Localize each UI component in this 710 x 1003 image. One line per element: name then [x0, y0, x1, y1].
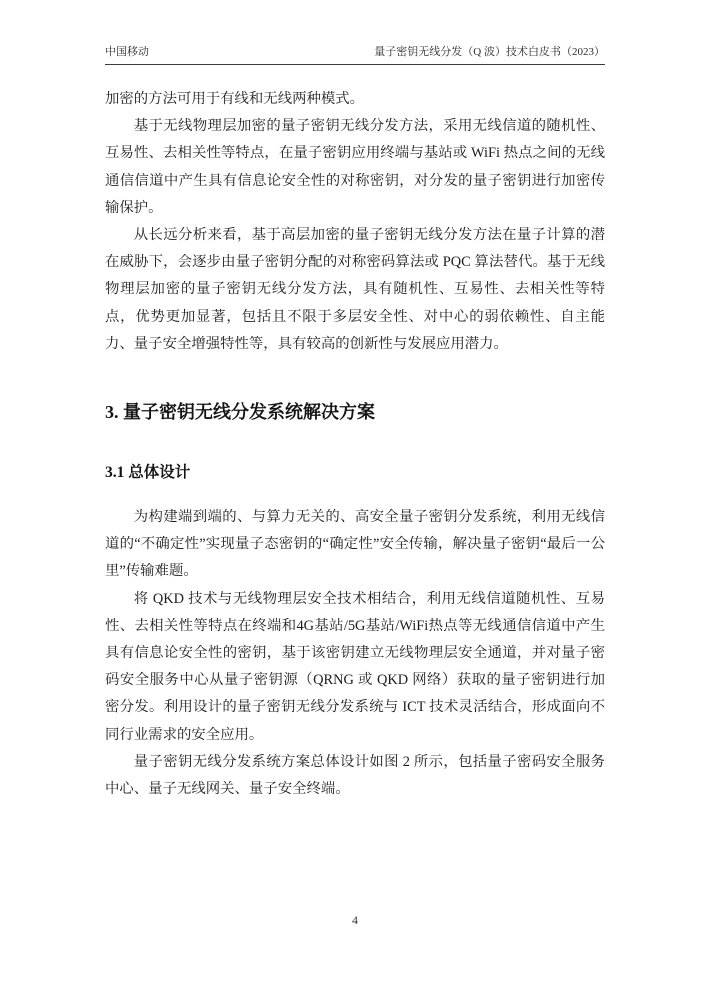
page-header: 中国移动 量子密钥无线分发（Q 波）技术白皮书（2023） [105, 45, 605, 65]
header-company-name: 中国移动 [105, 45, 149, 60]
document-page: 中国移动 量子密钥无线分发（Q 波）技术白皮书（2023） 加密的方法可用于有线… [0, 0, 710, 1003]
section-3-1-heading: 3.1 总体设计 [105, 462, 605, 484]
page-body: 加密的方法可用于有线和无线两种模式。 基于无线物理层加密的量子密钥无线分发方法，… [105, 86, 605, 803]
page-footer: 4 [0, 913, 710, 928]
paragraph-long-term-analysis: 从长远分析来看，基于高层加密的量子密钥无线分发方法在量子计算的潜在威胁下，会逐步… [105, 222, 605, 358]
header-document-title: 量子密钥无线分发（Q 波）技术白皮书（2023） [374, 45, 605, 60]
paragraph-overall-design-goal: 为构建端到端的、与算力无关的、高安全量子密钥分发系统，利用无线信道的“不确定性”… [105, 504, 605, 586]
paragraph-figure2-reference: 量子密钥无线分发系统方案总体设计如图 2 所示，包括量子密码安全服务中心、量子无… [105, 749, 605, 803]
paragraph-continuation: 加密的方法可用于有线和无线两种模式。 [105, 86, 605, 113]
section-3-heading: 3. 量子密钥无线分发系统解决方案 [105, 399, 605, 425]
paragraph-qkd-combination: 将 QKD 技术与无线物理层安全技术相结合，利用无线信道随机性、互易性、去相关性… [105, 586, 605, 749]
paragraph-wireless-physical-layer: 基于无线物理层加密的量子密钥无线分发方法，采用无线信道的随机性、互易性、去相关性… [105, 113, 605, 222]
page-number: 4 [352, 913, 358, 927]
